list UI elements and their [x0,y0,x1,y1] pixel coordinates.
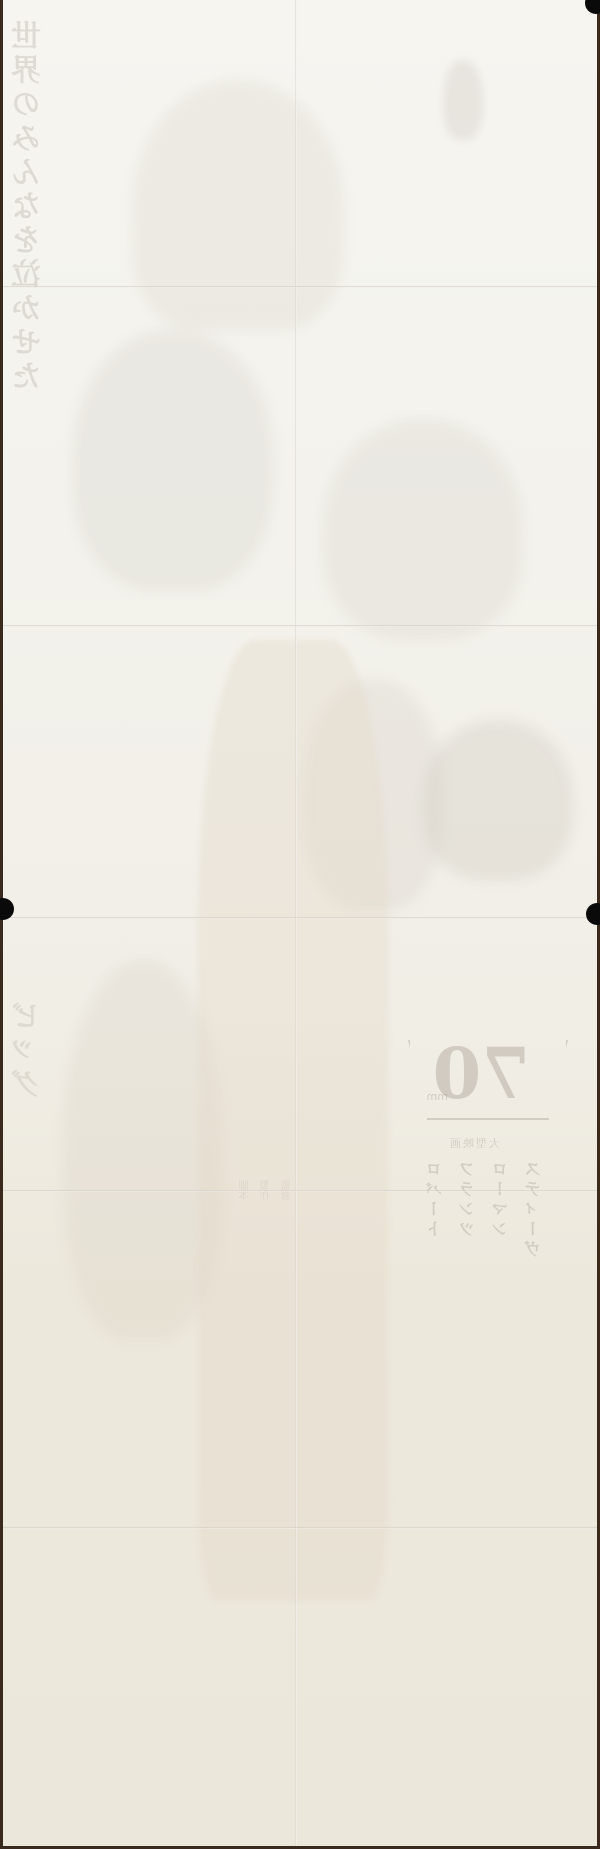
fold-crease-horizontal [3,286,597,288]
fold-crease-horizontal [3,1190,597,1192]
ghost-figure-small [443,60,483,140]
70mm-logo: 70 mm [408,1040,568,1120]
ghost-figure-group [423,720,573,880]
tagline-lower-showthrough: ビッグ [13,1000,47,1102]
poster-reverse: 世界のみんなを泣かせた ビッグ 70 mm 大型映画 スティーヴ ローマン フラ… [3,0,597,1846]
logo-unit: mm [427,1090,448,1103]
fold-crease-horizontal [3,917,597,919]
fold-crease-horizontal [3,1527,597,1529]
tagline-showthrough: 世界のみんなを泣かせた [13,20,47,394]
logo-subtitle: 大型映画 [448,1135,500,1151]
fold-crease-vertical [295,0,297,1846]
ghost-figure-tall [198,640,388,1600]
ghost-figure-woman [73,330,273,590]
ghost-figure-top [133,80,343,330]
ghost-figure-man [323,420,523,640]
fold-crease-horizontal [3,625,597,627]
